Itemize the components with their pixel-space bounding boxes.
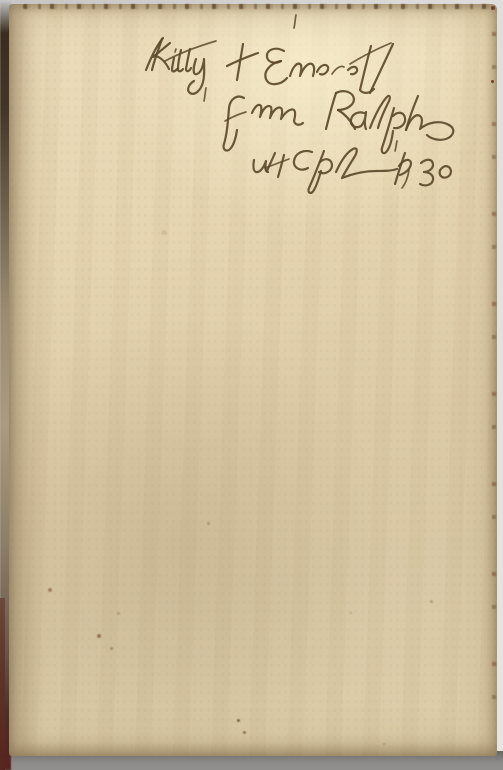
book-photo: Kitty & Ernest from Ralph 24 Apl 1930 [0,0,503,770]
red-cover-edge [0,598,5,770]
handwritten-inscription [0,0,503,770]
